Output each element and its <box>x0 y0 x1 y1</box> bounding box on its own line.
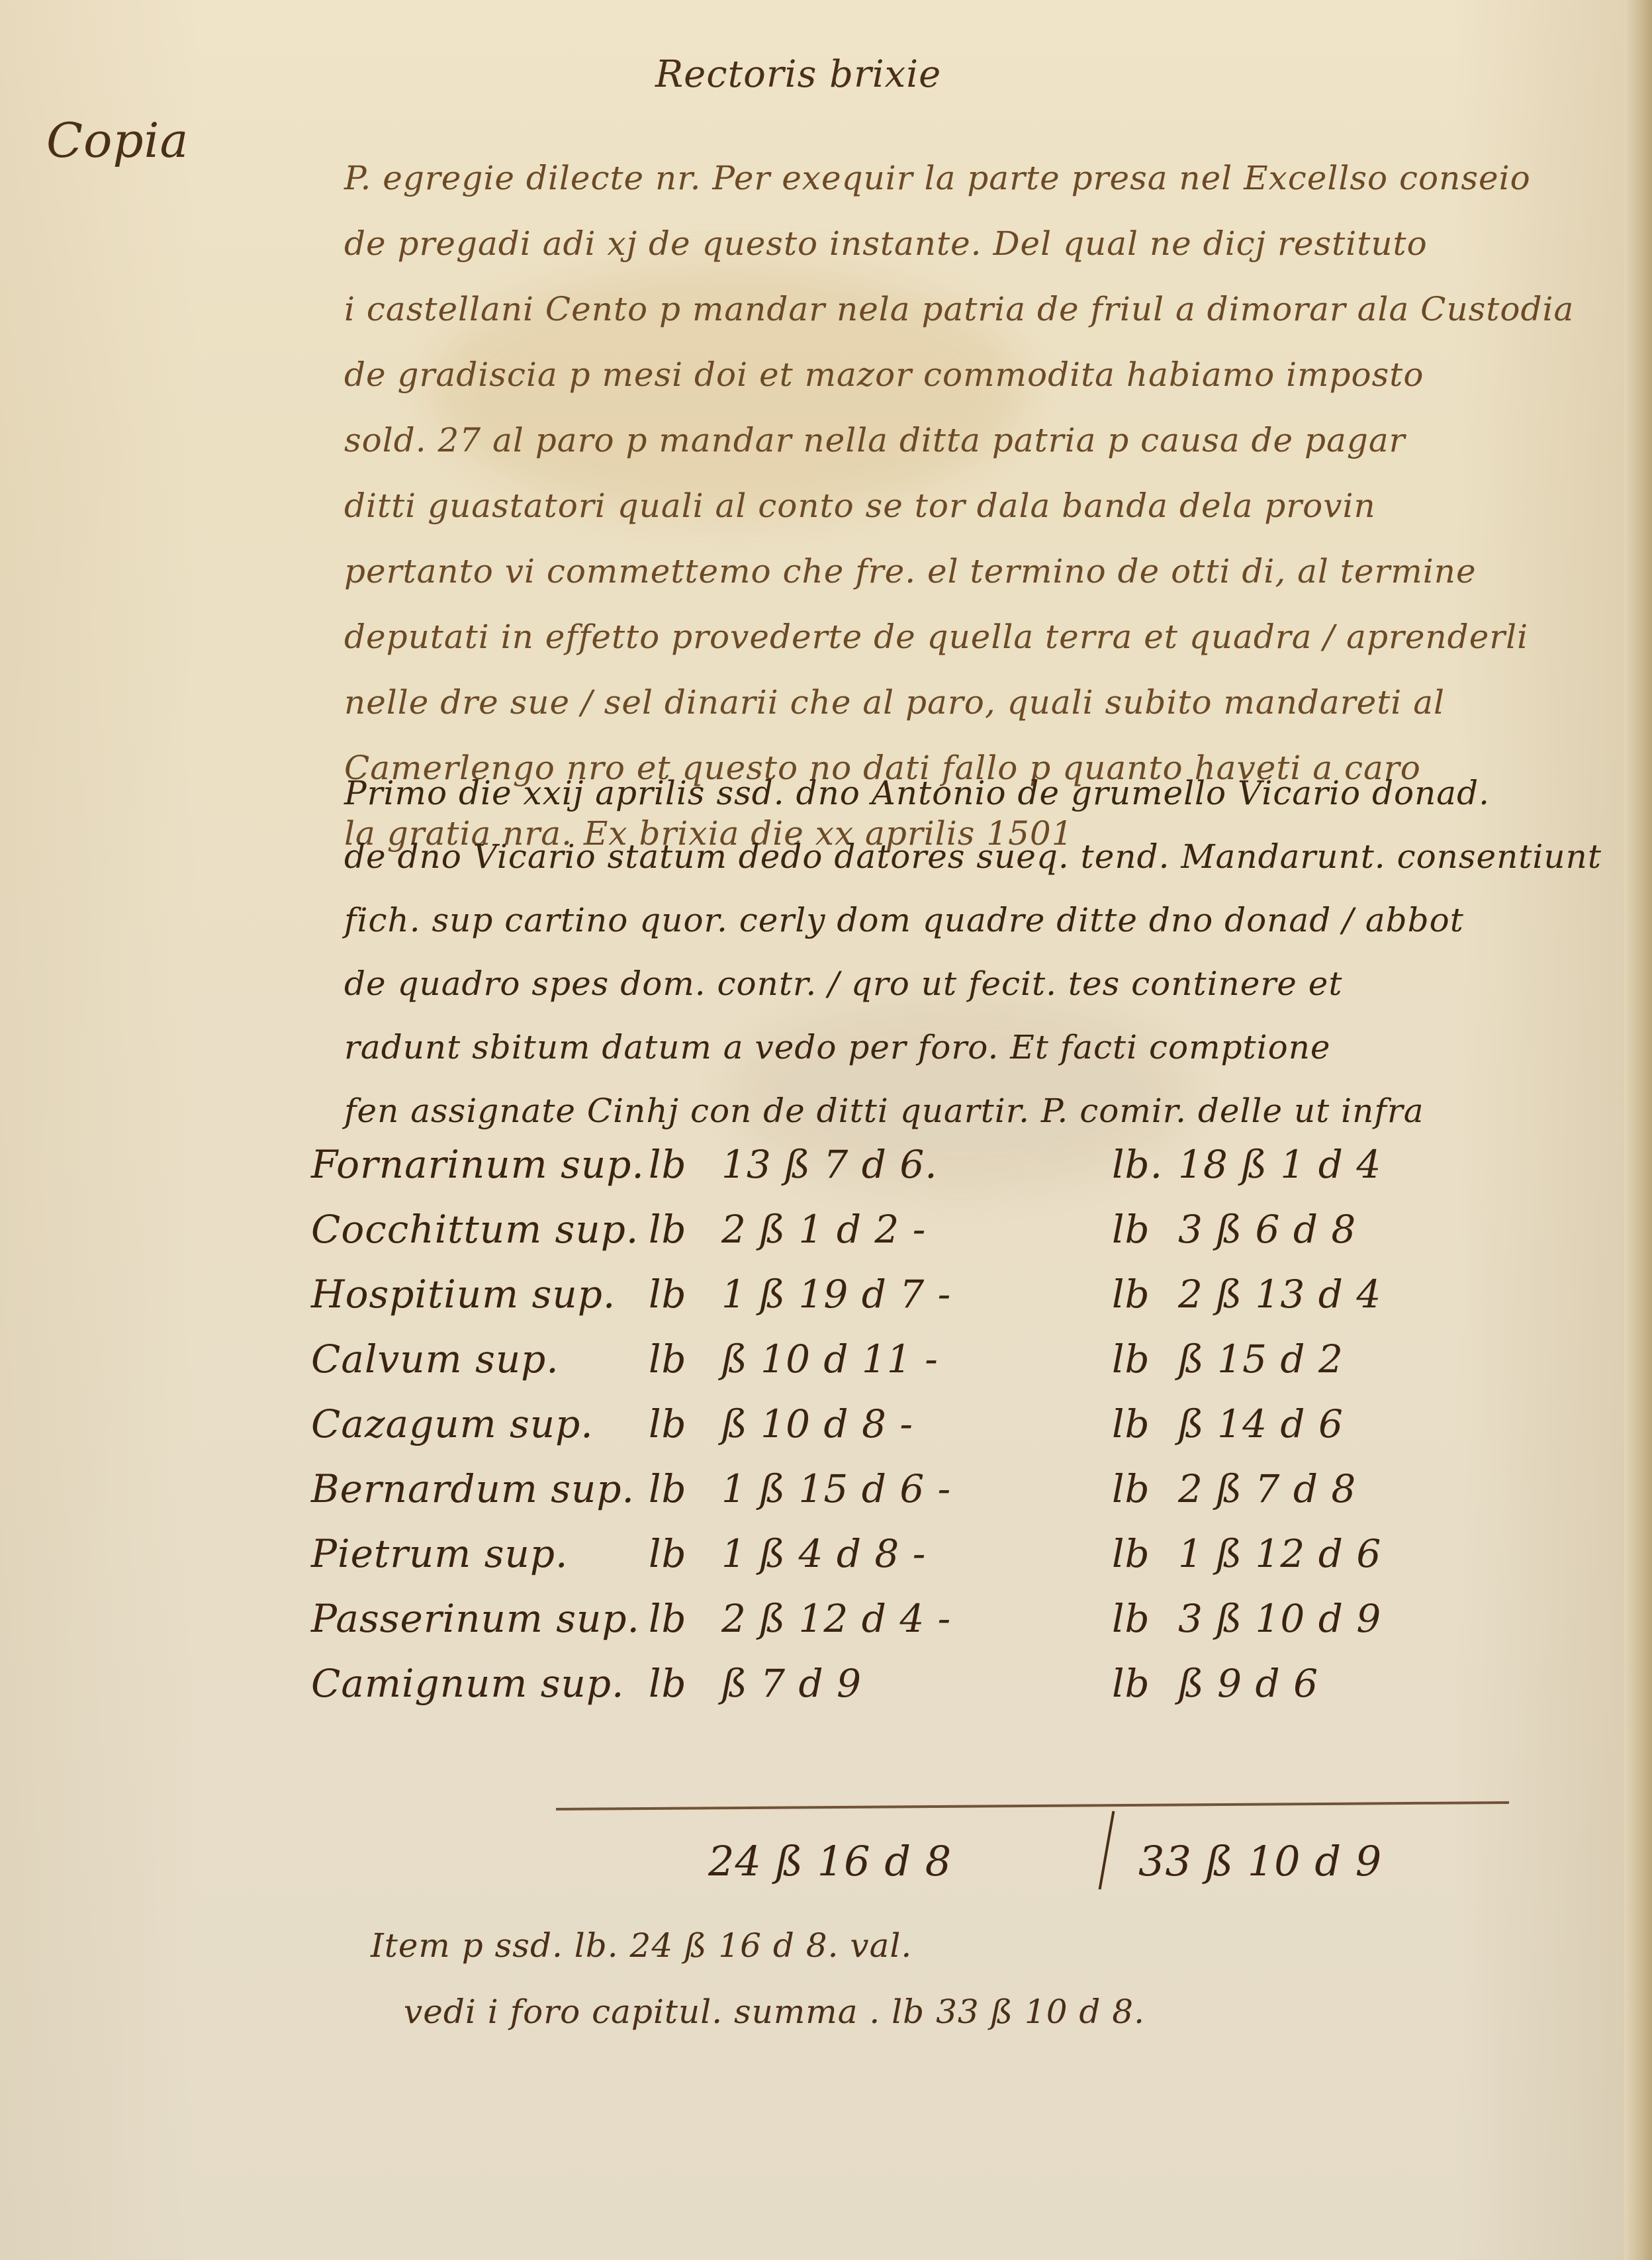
amount-second: ß 9 d 6 <box>1178 1661 1318 1706</box>
amount-first: 1 ß 4 d 8 - <box>721 1531 926 1576</box>
letter-paragraph: P. egregie dilecte nr. Per exequir la pa… <box>344 146 1602 867</box>
row-name: Passerinum sup. <box>311 1596 640 1641</box>
pound-sign: lb <box>649 1596 687 1641</box>
amount-first: ß 7 d 9 <box>721 1661 862 1706</box>
text-line: de gradiscia p mesi doi et mazor commodi… <box>344 342 1602 408</box>
table-row: Pietrum sup. lb 1 ß 4 d 8 - lb 1 ß 12 d … <box>311 1531 1502 1596</box>
text-line: Primo die xxij aprilis ssd. dno Antonio … <box>344 761 1602 825</box>
total-second: 33 ß 10 d 9 <box>1138 1837 1382 1885</box>
pound-sign: lb <box>1112 1596 1150 1641</box>
row-name: Camignum sup. <box>311 1661 624 1706</box>
page-edge <box>1624 0 1652 2260</box>
record-paragraph: Primo die xxij aprilis ssd. dno Antonio … <box>344 761 1602 1143</box>
amount-first: ß 10 d 8 - <box>721 1401 913 1446</box>
text-line: ditti guastatori quali al conto se tor d… <box>344 473 1602 539</box>
table-row: Passerinum sup. lb 2 ß 12 d 4 - lb 3 ß 1… <box>311 1596 1502 1661</box>
text-line: sold. 27 al paro p mandar nella ditta pa… <box>344 408 1602 473</box>
row-name: Bernardum sup. <box>311 1466 635 1511</box>
table-row: Camignum sup. lb ß 7 d 9 lb ß 9 d 6 <box>311 1661 1502 1726</box>
text-line: de pregadi adi xj de questo instante. De… <box>344 211 1602 277</box>
text-line: i castellani Cento p mandar nela patria … <box>344 277 1602 342</box>
pound-sign: lb <box>649 1337 687 1382</box>
margin-note-copia: Copia <box>46 113 189 168</box>
row-name: Cazagum sup. <box>311 1401 594 1446</box>
amount-first: 1 ß 19 d 7 - <box>721 1272 951 1317</box>
pound-sign: lb <box>649 1531 687 1576</box>
pound-sign: lb <box>1112 1337 1150 1382</box>
text-line: de quadro spes dom. contr. / qro ut feci… <box>344 952 1602 1015</box>
pound-sign: lb <box>1112 1401 1150 1446</box>
pound-sign: lb. <box>1112 1142 1163 1187</box>
table-row: Cocchittum sup. lb 2 ß 1 d 2 - lb 3 ß 6 … <box>311 1207 1502 1272</box>
accounts-table: Fornarinum sup. lb 13 ß 7 d 6. lb. 18 ß … <box>311 1142 1502 1726</box>
text-line: P. egregie dilecte nr. Per exequir la pa… <box>344 146 1602 211</box>
amount-first: 2 ß 12 d 4 - <box>721 1596 951 1641</box>
table-row: Bernardum sup. lb 1 ß 15 d 6 - lb 2 ß 7 … <box>311 1466 1502 1531</box>
amount-second: 2 ß 7 d 8 <box>1178 1466 1356 1511</box>
totals-separator <box>1099 1811 1115 1890</box>
amount-second: ß 14 d 6 <box>1178 1401 1344 1446</box>
amount-second: 18 ß 1 d 4 <box>1178 1142 1381 1187</box>
pound-sign: lb <box>649 1661 687 1706</box>
amount-first: 13 ß 7 d 6. <box>721 1142 938 1187</box>
closing-line: Item p ssd. lb. 24 ß 16 d 8. val. <box>371 1926 912 1965</box>
pound-sign: lb <box>649 1207 687 1252</box>
text-line: radunt sbitum datum a vedo per foro. Et … <box>344 1015 1602 1079</box>
row-name: Hospitium sup. <box>311 1272 616 1317</box>
amount-second: 3 ß 6 d 8 <box>1178 1207 1356 1252</box>
amount-second: ß 15 d 2 <box>1178 1337 1344 1382</box>
amount-second: 3 ß 10 d 9 <box>1178 1596 1381 1641</box>
row-name: Pietrum sup. <box>311 1531 568 1576</box>
text-line: fich. sup cartino quor. cerly dom quadre… <box>344 888 1602 952</box>
amount-second: 1 ß 12 d 6 <box>1178 1531 1381 1576</box>
amount-first: ß 10 d 11 - <box>721 1337 939 1382</box>
document-heading: Rectoris brixie <box>655 53 941 96</box>
pound-sign: lb <box>649 1401 687 1446</box>
table-row: Calvum sup. lb ß 10 d 11 - lb ß 15 d 2 <box>311 1337 1502 1401</box>
text-line: nelle dre sue / sel dinarii che al paro,… <box>344 670 1602 735</box>
amount-first: 2 ß 1 d 2 - <box>721 1207 926 1252</box>
pound-sign: lb <box>1112 1466 1150 1511</box>
total-first: 24 ß 16 d 8 <box>708 1837 952 1885</box>
row-name: Fornarinum sup. <box>311 1142 645 1187</box>
table-row: Fornarinum sup. lb 13 ß 7 d 6. lb. 18 ß … <box>311 1142 1502 1207</box>
pound-sign: lb <box>1112 1207 1150 1252</box>
amount-second: 2 ß 13 d 4 <box>1178 1272 1381 1317</box>
sum-rule-divider <box>556 1801 1509 1811</box>
pound-sign: lb <box>649 1272 687 1317</box>
row-name: Calvum sup. <box>311 1337 559 1382</box>
table-row: Hospitium sup. lb 1 ß 19 d 7 - lb 2 ß 13… <box>311 1272 1502 1337</box>
row-name: Cocchittum sup. <box>311 1207 639 1252</box>
pound-sign: lb <box>649 1142 687 1187</box>
pound-sign: lb <box>1112 1531 1150 1576</box>
text-line: deputati in effetto provederte de quella… <box>344 604 1602 670</box>
pound-sign: lb <box>1112 1661 1150 1706</box>
pound-sign: lb <box>649 1466 687 1511</box>
text-line: de dno Vicario statum dedo datores sueq.… <box>344 825 1602 888</box>
closing-line: vedi i foro capitul. summa . lb 33 ß 10 … <box>404 1993 1145 2031</box>
table-row: Cazagum sup. lb ß 10 d 8 - lb ß 14 d 6 <box>311 1401 1502 1466</box>
text-line: pertanto vi commettemo che fre. el termi… <box>344 539 1602 604</box>
text-line: fen assignate Cinhj con de ditti quartir… <box>344 1079 1602 1143</box>
pound-sign: lb <box>1112 1272 1150 1317</box>
amount-first: 1 ß 15 d 6 - <box>721 1466 951 1511</box>
